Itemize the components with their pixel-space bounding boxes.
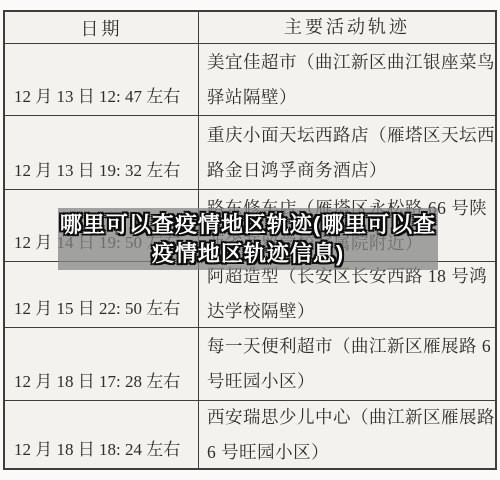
table-row: 12 月 13 日 12: 47 左右 美宜佳超市（曲江新区曲江银座菜鸟 驿站隔… (5, 43, 495, 115)
table-header-row: 日期 主要活动轨迹 (5, 12, 495, 43)
track-line: 重庆小面天坛西路店（雁塔区天坛西 (207, 118, 495, 153)
date-cell: 12 月 18 日 18: 24 左右 (5, 401, 199, 468)
date-cell: 12 月 18 日 17: 28 左右 (5, 328, 199, 400)
track-line: 每一天便利超市（曲江新区雁展路 6 (207, 329, 495, 364)
table-row: 12 月 15 日 22: 50 左右 阿超造型（长安区长安西路 18 号鸿 达… (5, 261, 495, 327)
track-line: 达学校隔壁） (207, 294, 495, 329)
date-cell: 12 月 13 日 19: 32 左右 (5, 116, 199, 189)
date-cell: 12 月 13 日 12: 47 左右 (5, 44, 199, 115)
table-row: 12 月 13 日 19: 32 左右 重庆小面天坛西路店（雁塔区天坛西 路金日… (5, 115, 495, 189)
track-cell: 阿超造型（长安区长安西路 18 号鸿 达学校隔壁） (199, 262, 495, 327)
track-cell: 西安瑞思少儿中心（曲江新区雁展路 6 号旺园小区） (199, 401, 495, 468)
table-header-date: 日期 (5, 12, 199, 43)
track-cell: 美宜佳超市（曲江新区曲江银座菜鸟 驿站隔壁） (199, 44, 495, 115)
track-line: 6 号旺园小区） (207, 435, 495, 470)
table-header-track: 主要活动轨迹 (199, 12, 495, 43)
table-row: 12 月 18 日 17: 28 左右 每一天便利超市（曲江新区雁展路 6 号旺… (5, 327, 495, 400)
table-row: 12 月 18 日 18: 24 左右 西安瑞思少儿中心（曲江新区雁展路 6 号… (5, 400, 495, 468)
track-cell: 重庆小面天坛西路店（雁塔区天坛西 路金日鸿孚商务酒店） (199, 116, 495, 189)
date-cell: 12 月 15 日 22: 50 左右 (5, 262, 199, 327)
track-line: 驿站隔壁） (207, 80, 495, 115)
track-line: 美宜佳超市（曲江新区曲江银座菜鸟 (207, 45, 495, 80)
track-line: 路金日鸿孚商务酒店） (207, 153, 495, 188)
screenshot-photo: 日期 主要活动轨迹 12 月 13 日 12: 47 左右 美宜佳超市（曲江新区… (0, 0, 500, 480)
watermark-line1: 哪里可以查疫情地区轨迹(哪里可以查 (60, 210, 436, 239)
watermark-overlay: 哪里可以查疫情地区轨迹(哪里可以查 疫情地区轨迹信息) (58, 208, 438, 270)
track-line: 号旺园小区） (207, 364, 495, 399)
watermark-line2: 疫情地区轨迹信息) (152, 239, 344, 268)
track-line: 西安瑞思少儿中心（曲江新区雁展路 (207, 400, 495, 435)
track-cell: 每一天便利超市（曲江新区雁展路 6 号旺园小区） (199, 328, 495, 400)
